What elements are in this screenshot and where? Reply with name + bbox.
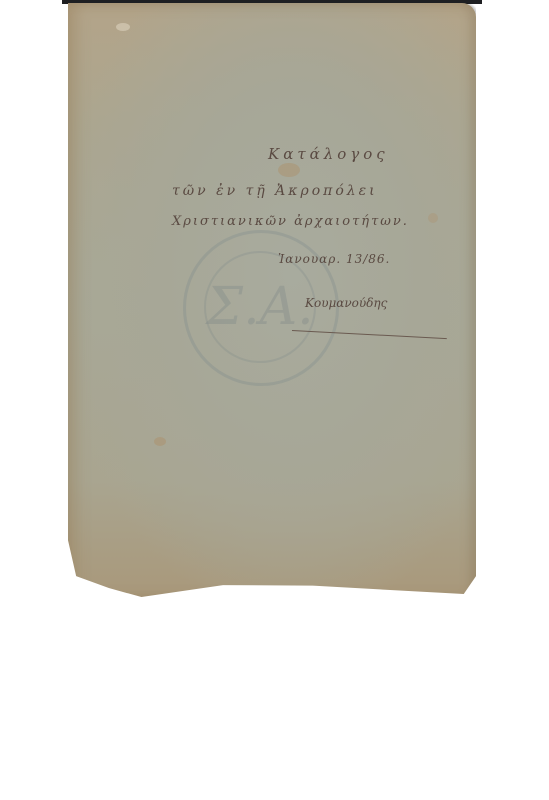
stamp-monogram: Σ.Α. xyxy=(206,277,314,337)
handwritten-signature: Κουμανούδης xyxy=(305,296,387,310)
stain xyxy=(428,213,438,223)
handwritten-date: Ἰανουαρ. 13/86. xyxy=(278,252,390,266)
stamp-inner-ring: Σ.Α. xyxy=(204,251,316,363)
handwritten-title: Κατάλογος xyxy=(268,145,389,163)
stain xyxy=(278,163,300,177)
stain xyxy=(116,23,130,31)
handwritten-line-3: Χριστιανικῶν ἀρχαιοτήτων. xyxy=(172,214,409,229)
stain xyxy=(154,437,166,446)
handwritten-line-2: τῶν ἐν τῇ Ἀκροπόλει xyxy=(172,183,378,199)
